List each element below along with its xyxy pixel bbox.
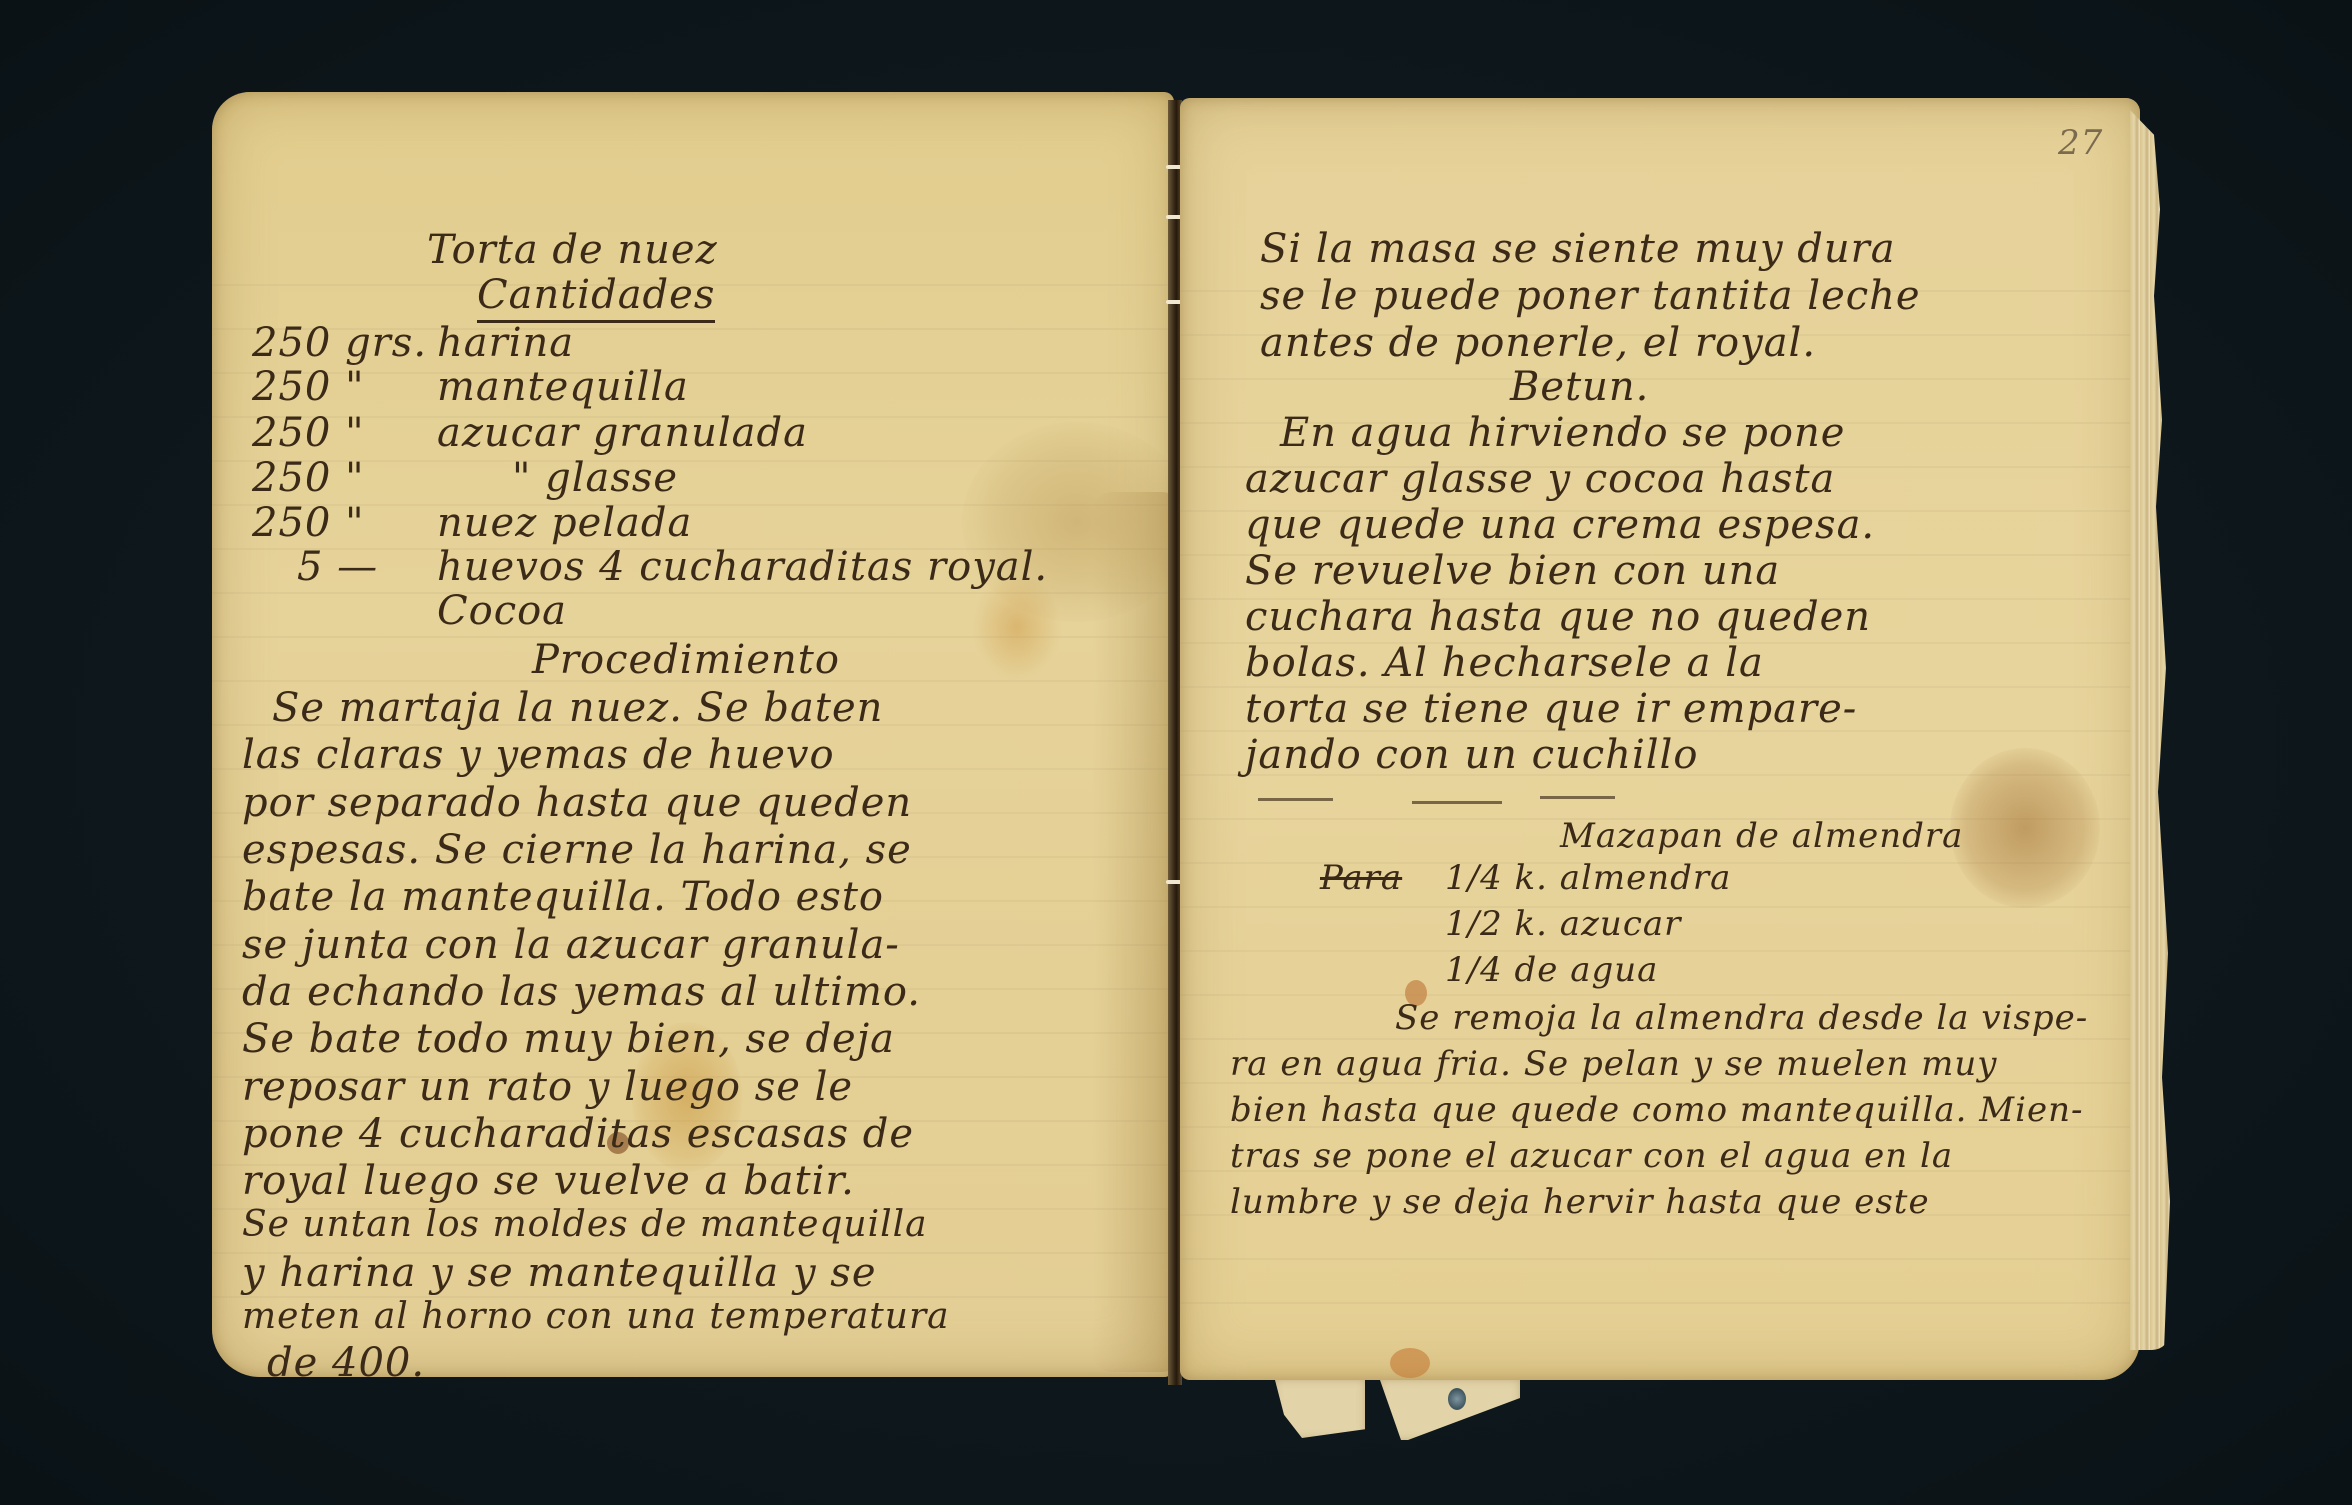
section-divider bbox=[1258, 798, 1333, 801]
continuation-line: antes de ponerle, el royal. bbox=[1260, 320, 1816, 366]
ingredient-item: Cocoa bbox=[437, 588, 567, 634]
open-notebook: Torta de nuez Cantidades 250 grs. harina… bbox=[0, 0, 2352, 1505]
ingredient-qty: 250 grs. bbox=[252, 320, 427, 366]
marzipan-line: Se remoja la almendra desde la vispe- bbox=[1395, 998, 2088, 1038]
page-number: 27 bbox=[2058, 123, 2103, 163]
betun-line: cuchara hasta que no queden bbox=[1245, 594, 1871, 640]
betun-heading: Betun. bbox=[1510, 364, 1649, 410]
marzipan-heading: Mazapan de almendra bbox=[1560, 816, 1963, 856]
marzipan-para-label: Para bbox=[1320, 858, 1402, 898]
rust-spot bbox=[1390, 1348, 1430, 1378]
betun-line: Se revuelve bien con una bbox=[1245, 548, 1780, 594]
procedure-line: se junta con la azucar granula- bbox=[242, 922, 900, 968]
continuation-line: Si la masa se siente muy dura bbox=[1260, 226, 1896, 272]
loose-paper-slip bbox=[1380, 1380, 1520, 1440]
betun-line: En agua hirviendo se pone bbox=[1280, 410, 1845, 456]
ingredient-qty: 250 " bbox=[252, 364, 364, 410]
procedure-line: pone 4 cucharaditas escasas de bbox=[242, 1111, 914, 1157]
procedure-line: y harina y se mantequilla y se bbox=[242, 1250, 877, 1296]
marzipan-ingredient: 1/4 de agua bbox=[1445, 950, 1658, 990]
marzipan-ingredient: 1/4 k. almendra bbox=[1445, 858, 1731, 898]
procedure-line: Se martaja la nuez. Se baten bbox=[272, 685, 883, 731]
procedure-line: reposar un rato y luego se le bbox=[242, 1064, 853, 1110]
loose-paper-slip bbox=[1275, 1380, 1365, 1438]
procedure-line: bate la mantequilla. Todo esto bbox=[242, 874, 884, 920]
procedure-line: da echando las yemas al ultimo. bbox=[242, 969, 921, 1015]
procedure-line: de 400. bbox=[267, 1340, 425, 1377]
ingredient-item: huevos 4 cucharaditas royal. bbox=[437, 544, 1048, 590]
marzipan-line: ra en agua fria. Se pelan y se muelen mu… bbox=[1230, 1044, 1997, 1084]
betun-line: que quede una crema espesa. bbox=[1245, 502, 1875, 548]
procedure-line: royal luego se vuelve a batir. bbox=[242, 1158, 855, 1204]
procedure-line: las claras y yemas de huevo bbox=[242, 732, 835, 778]
edge-stain bbox=[1092, 492, 1174, 1372]
recipe-title: Torta de nuez bbox=[427, 227, 718, 273]
ingredient-item: harina bbox=[437, 320, 574, 366]
marzipan-ingredient: 1/2 k. azucar bbox=[1445, 904, 1681, 944]
ingredient-item: nuez pelada bbox=[437, 500, 692, 546]
betun-line: bolas. Al hecharsele a la bbox=[1245, 640, 1764, 686]
water-stain bbox=[962, 422, 1174, 622]
page-edges bbox=[2130, 110, 2170, 1350]
section-divider bbox=[1540, 796, 1615, 799]
procedure-line: espesas. Se cierne la harina, se bbox=[242, 827, 912, 873]
ingredient-item: azucar granulada bbox=[437, 410, 808, 456]
ingredients-heading: Cantidades bbox=[477, 272, 715, 323]
procedure-heading: Procedimiento bbox=[532, 637, 840, 683]
left-page: Torta de nuez Cantidades 250 grs. harina… bbox=[212, 92, 1174, 1377]
procedure-line: meten al horno con una temperatura bbox=[242, 1296, 950, 1337]
marzipan-line: bien hasta que quede como mantequilla. M… bbox=[1230, 1090, 2083, 1130]
marzipan-line: lumbre y se deja hervir hasta que este bbox=[1230, 1182, 1930, 1222]
section-divider bbox=[1412, 801, 1502, 804]
ingredient-qty: 250 " bbox=[252, 410, 364, 456]
ingredient-item: mantequilla bbox=[437, 364, 689, 410]
betun-line: azucar glasse y cocoa hasta bbox=[1245, 456, 1835, 502]
procedure-line: Se bate todo muy bien, se deja bbox=[242, 1016, 895, 1062]
betun-line: jando con un cuchillo bbox=[1245, 732, 1698, 778]
procedure-line: por separado hasta que queden bbox=[242, 780, 912, 826]
continuation-line: se le puede poner tantita leche bbox=[1260, 273, 1921, 319]
metal-clip-icon bbox=[1448, 1388, 1466, 1410]
procedure-line: Se untan los moldes de mantequilla bbox=[242, 1204, 928, 1245]
ingredient-qty: 5 — bbox=[297, 544, 378, 590]
right-page: 27 Si la masa se siente muy dura se le p… bbox=[1180, 98, 2140, 1380]
water-stain bbox=[1950, 748, 2100, 908]
betun-line: torta se tiene que ir empare- bbox=[1245, 686, 1857, 732]
ingredient-qty: 250 " bbox=[252, 500, 364, 546]
ingredient-qty: 250 " bbox=[252, 455, 364, 501]
ingredient-item: " glasse bbox=[512, 455, 678, 501]
marzipan-line: tras se pone el azucar con el agua en la bbox=[1230, 1136, 1953, 1176]
